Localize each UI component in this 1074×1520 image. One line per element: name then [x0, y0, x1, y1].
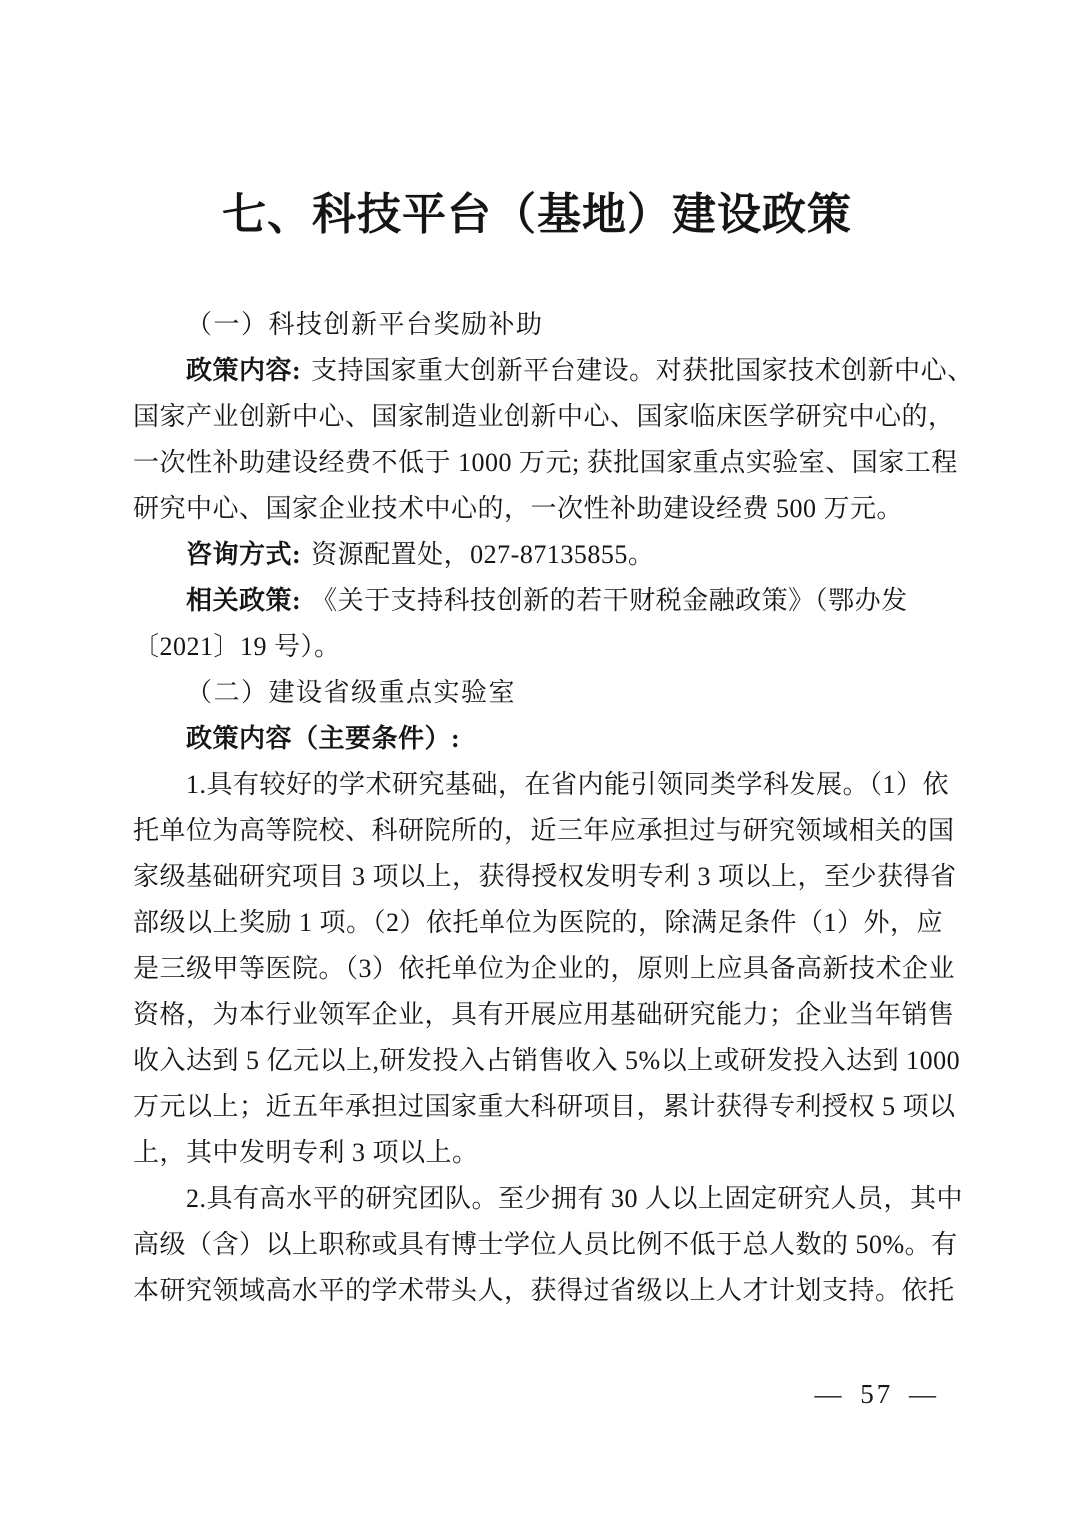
text-line: 上，其中发明专利 3 项以上。	[133, 1130, 938, 1176]
text-line: 2.具有高水平的研究团队。至少拥有 30 人以上固定研究人员，其中	[133, 1176, 938, 1222]
text-line: 资源配置处，027-87135855。	[311, 540, 654, 569]
text-line: 家级基础研究项目 3 项以上，获得授权发明专利 3 项以上，至少获得省	[133, 854, 938, 900]
text-line: 资格，为本行业领军企业，具有开展应用基础研究能力；企业当年销售	[133, 992, 938, 1038]
policy-content-label: 政策内容:	[186, 356, 301, 385]
text-line: 一次性补助建设经费不低于 1000 万元; 获批国家重点实验室、国家工程	[133, 440, 938, 486]
text-line: 研究中心、国家企业技术中心的，一次性补助建设经费 500 万元。	[133, 486, 938, 532]
text-line: 《关于支持科技创新的若干财税金融政策》（鄂办发	[311, 586, 908, 615]
document-page: 七、科技平台（基地）建设政策 （一）科技创新平台奖励补助 政策内容:支持国家重大…	[0, 0, 1074, 1520]
text-line: 支持国家重大创新平台建设。对获批国家技术创新中心、	[311, 356, 974, 385]
text-line: 部级以上奖励 1 项。（2）依托单位为医院的，除满足条件（1）外，应	[133, 900, 938, 946]
text-line: 高级（含）以上职称或具有博士学位人员比例不低于总人数的 50%。有	[133, 1222, 938, 1268]
policy-content-conditions-line: 政策内容（主要条件）:	[133, 716, 938, 762]
section-heading-2: （二）建设省级重点实验室	[133, 670, 938, 716]
document-body: （一）科技创新平台奖励补助 政策内容:支持国家重大创新平台建设。对获批国家技术创…	[133, 302, 938, 1314]
text-line: 是三级甲等医院。（3）依托单位为企业的，原则上应具备高新技术企业	[133, 946, 938, 992]
section-heading-1: （一）科技创新平台奖励补助	[133, 302, 938, 348]
text-line: 托单位为高等院校、科研院所的，近三年应承担过与研究领域相关的国	[133, 808, 938, 854]
consult-method-label: 咨询方式:	[186, 540, 301, 569]
related-policy-label: 相关政策:	[186, 586, 301, 615]
page-number: — 57 —	[815, 1378, 940, 1410]
text-line: 〔2021〕19 号）。	[133, 624, 938, 670]
consult-method-paragraph-line: 咨询方式:资源配置处，027-87135855。	[133, 532, 938, 578]
policy-content-paragraph-line: 政策内容:支持国家重大创新平台建设。对获批国家技术创新中心、	[133, 348, 938, 394]
text-line: 本研究领域高水平的学术带头人，获得过省级以上人才计划支持。依托	[133, 1268, 938, 1314]
document-title: 七、科技平台（基地）建设政策	[0, 189, 1074, 241]
text-line: 1.具有较好的学术研究基础，在省内能引领同类学科发展。（1）依	[133, 762, 938, 808]
text-line: 收入达到 5 亿元以上,研发投入占销售收入 5%以上或研发投入达到 1000	[133, 1038, 938, 1084]
policy-content-conditions-label: 政策内容（主要条件）:	[186, 724, 460, 753]
text-line: 万元以上；近五年承担过国家重大科研项目，累计获得专利授权 5 项以	[133, 1084, 938, 1130]
text-line: 国家产业创新中心、国家制造业创新中心、国家临床医学研究中心的，	[133, 394, 938, 440]
related-policy-paragraph-line: 相关政策:《关于支持科技创新的若干财税金融政策》（鄂办发	[133, 578, 938, 624]
